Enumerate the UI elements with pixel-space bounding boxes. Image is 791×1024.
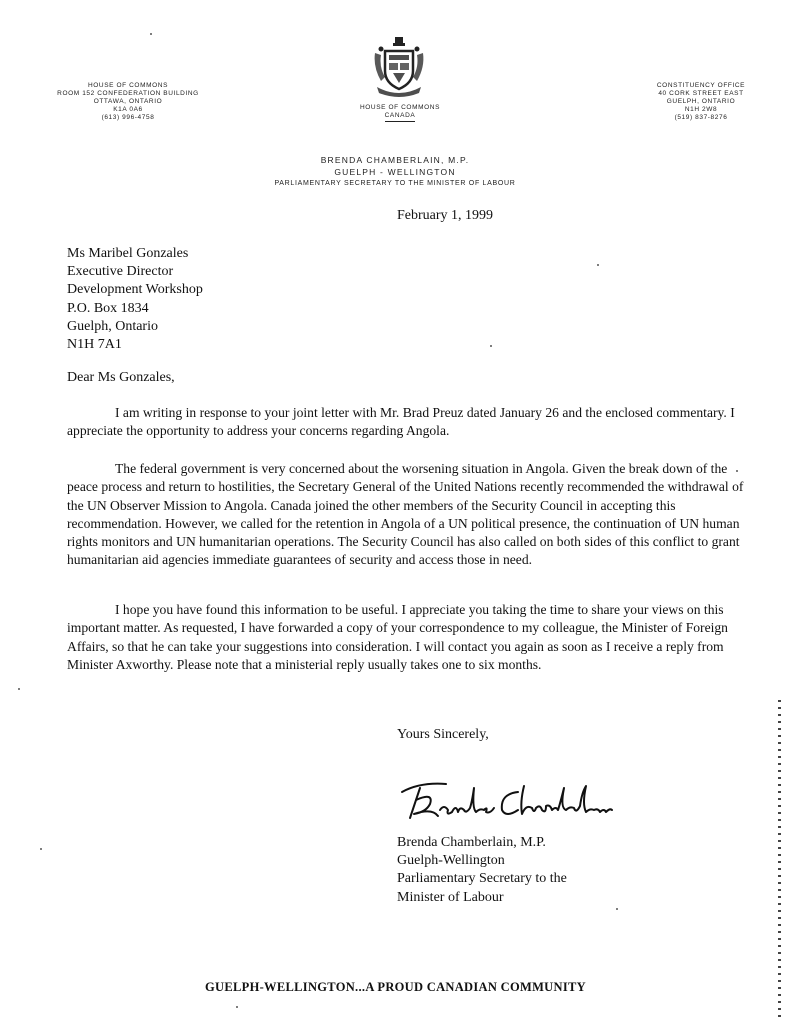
scan-edge-marks: [778, 700, 781, 1020]
scan-speck: [736, 470, 738, 472]
closing: Yours Sincerely,: [397, 727, 489, 743]
member-heading: BRENDA CHAMBERLAIN, M.P. GUELPH - WELLIN…: [200, 154, 590, 190]
scan-speck: [616, 908, 618, 910]
house-of-commons-heading: HOUSE OF COMMONS CANADA: [320, 104, 480, 122]
scan-speck: [490, 345, 492, 347]
ottawa-office-address: HOUSE OF COMMONS ROOM 152 CONFEDERATION …: [28, 82, 228, 122]
recipient-address: Ms Maribel Gonzales Executive Director D…: [67, 245, 203, 354]
scan-speck: [597, 264, 599, 266]
scan-speck: [236, 1006, 238, 1008]
address-line: 40 CORK STREET EAST: [636, 90, 766, 98]
recipient-line: Development Workshop: [67, 281, 203, 299]
address-line: GUELPH, ONTARIO: [636, 98, 766, 106]
letter-date: February 1, 1999: [397, 208, 493, 224]
body-paragraph-2: The federal government is very concerned…: [67, 460, 747, 570]
address-line: HOUSE OF COMMONS: [28, 82, 228, 90]
address-line: OTTAWA, ONTARIO: [28, 98, 228, 106]
signer-title: Minister of Labour: [397, 889, 567, 907]
constituency-office-address: CONSTITUENCY OFFICE 40 CORK STREET EAST …: [636, 82, 766, 122]
body-paragraph-1: I am writing in response to your joint l…: [67, 404, 747, 441]
recipient-line: Guelph, Ontario: [67, 318, 203, 336]
scan-speck: [18, 688, 20, 690]
member-name: BRENDA CHAMBERLAIN, M.P.: [200, 154, 590, 166]
paragraph-text: I hope you have found this information t…: [67, 602, 728, 672]
signature-block: Brenda Chamberlain, M.P. Guelph-Wellingt…: [397, 834, 567, 907]
address-line: K1A 0A6: [28, 106, 228, 114]
address-line: (613) 996-4758: [28, 114, 228, 122]
address-line: N1H 2W8: [636, 106, 766, 114]
signer-name: Brenda Chamberlain, M.P.: [397, 834, 567, 852]
paragraph-text: I am writing in response to your joint l…: [67, 405, 735, 438]
address-line: (519) 837-8276: [636, 114, 766, 122]
scan-speck: [150, 33, 152, 35]
address-line: CONSTITUENCY OFFICE: [636, 82, 766, 90]
recipient-line: N1H 7A1: [67, 336, 203, 354]
recipient-line: Executive Director: [67, 263, 203, 281]
recipient-line: P.O. Box 1834: [67, 300, 203, 318]
handwritten-signature: Brenda Chamberlain: [400, 778, 615, 823]
member-title: PARLIAMENTARY SECRETARY TO THE MINISTER …: [200, 178, 590, 190]
salutation: Dear Ms Gonzales,: [67, 370, 175, 386]
house-of-commons-label: HOUSE OF COMMONS: [320, 104, 480, 112]
body-paragraph-3: I hope you have found this information t…: [67, 601, 747, 674]
canada-label: CANADA: [385, 112, 416, 122]
signer-riding: Guelph-Wellington: [397, 852, 567, 870]
recipient-line: Ms Maribel Gonzales: [67, 245, 203, 263]
scan-speck: [40, 848, 42, 850]
signer-title: Parliamentary Secretary to the: [397, 870, 567, 888]
address-line: ROOM 152 CONFEDERATION BUILDING: [28, 90, 228, 98]
paragraph-text: The federal government is very concerned…: [67, 461, 743, 567]
coat-of-arms-icon: [371, 37, 427, 99]
letter-footer-slogan: GUELPH-WELLINGTON...A PROUD CANADIAN COM…: [0, 980, 791, 995]
member-riding: GUELPH - WELLINGTON: [200, 166, 590, 178]
